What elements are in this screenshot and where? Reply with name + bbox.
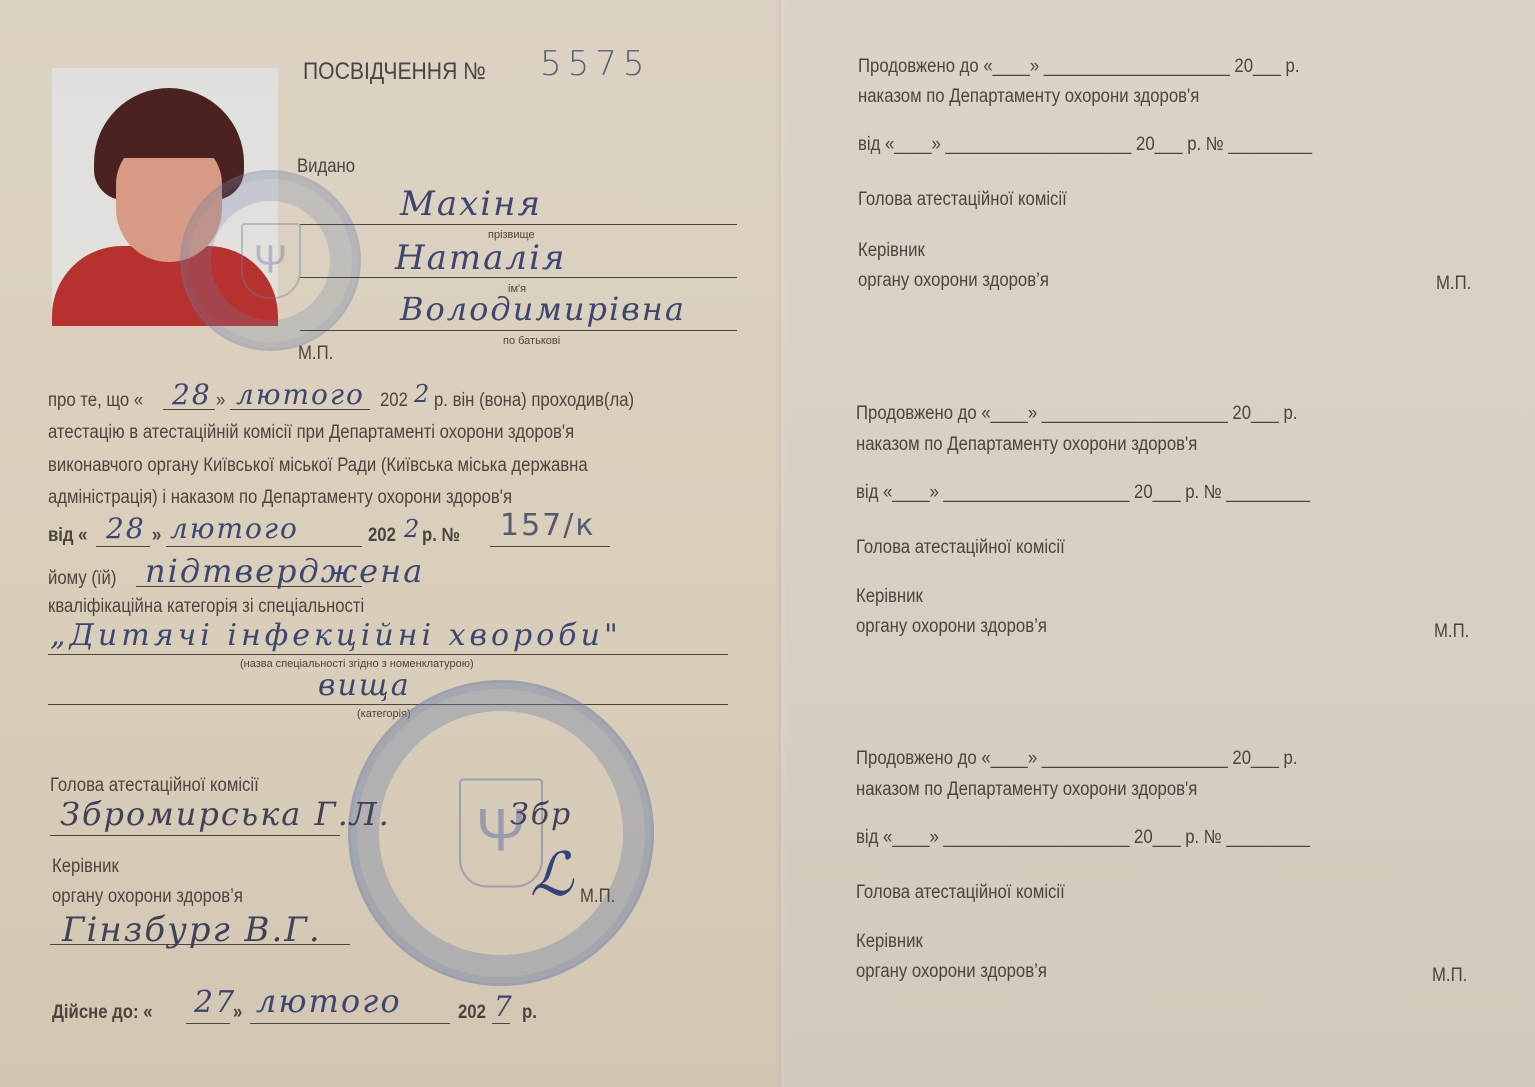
certificate-title: ПОСВІДЧЕННЯ № bbox=[303, 58, 486, 86]
seal-mark: М.П. bbox=[298, 343, 333, 365]
patronymic-value: Володимирівна bbox=[400, 290, 686, 328]
manager-label-1: Керівник bbox=[856, 586, 923, 608]
manager-label-2: органу охорони здоров’я bbox=[856, 616, 1047, 638]
issued-label: Видано bbox=[297, 156, 355, 178]
confirmed-value: підтверджена bbox=[145, 552, 424, 590]
confirmed-prefix: йому (їй) bbox=[48, 568, 116, 590]
commission-head-signature: Збр bbox=[510, 797, 572, 832]
manager-label-2: органу охорони здоров’я bbox=[52, 886, 243, 908]
order-year-digit: 2 bbox=[404, 515, 421, 543]
attestation-line-3: виконавчого органу Київської міської Рад… bbox=[48, 455, 588, 477]
order-line: наказом по Департаменту охорони здоров'я bbox=[858, 86, 1199, 108]
manager-signature-scribble: ℒ bbox=[530, 840, 575, 910]
extended-until: Продовжено до «____» ___________________… bbox=[856, 748, 1298, 770]
valid-until-prefix: Дійсне до: « bbox=[52, 1002, 153, 1024]
attestation-line-2: атестацію в атестаційній комісії при Деп… bbox=[48, 422, 574, 444]
trident-emblem-icon: Ψ bbox=[241, 223, 301, 299]
attestation-year-digit: 2 bbox=[414, 380, 431, 408]
manager-label-2: органу охорони здоров’я bbox=[858, 270, 1049, 292]
attestation-suffix: р. він (вона) проходив(ла) bbox=[434, 390, 634, 412]
manager-label-1: Керівник bbox=[52, 856, 119, 878]
certificate-number: 5575 bbox=[540, 44, 651, 84]
seal-mark: М.П. bbox=[1432, 965, 1467, 987]
valid-until-month: лютого bbox=[256, 982, 402, 1020]
official-stamp-large: Ψ bbox=[348, 680, 654, 986]
valid-until-year-prefix: 202 bbox=[458, 1002, 486, 1024]
category-value: вища bbox=[318, 668, 411, 703]
commission-head-name: Збромирська Г.Л. bbox=[60, 795, 391, 833]
from-line: від «____» ____________________ 20___ р.… bbox=[858, 134, 1312, 156]
attestation-prefix: про те, що « bbox=[48, 390, 143, 412]
attestation-line-4: адміністрація) і наказом по Департаменту… bbox=[48, 487, 512, 509]
valid-until-day-close: » bbox=[233, 1002, 242, 1024]
order-day: 28 bbox=[106, 512, 146, 545]
specialty-value: „Дитячі інфекційні хвороби" bbox=[50, 618, 622, 653]
seal-mark: М.П. bbox=[1434, 621, 1469, 643]
head-label: Голова атестаційної комісії bbox=[858, 189, 1067, 211]
attestation-month: лютого bbox=[236, 378, 365, 411]
surname-value: Махіня bbox=[400, 184, 542, 224]
order-line: наказом по Департаменту охорони здоров'я bbox=[856, 779, 1197, 801]
manager-label-1: Керівник bbox=[858, 240, 925, 262]
order-month: лютого bbox=[170, 512, 299, 545]
manager-label-2: органу охорони здоров’я bbox=[856, 961, 1047, 983]
attestation-day: 28 bbox=[172, 378, 212, 411]
from-line: від «____» ____________________ 20___ р.… bbox=[856, 827, 1310, 849]
from-line: від «____» ____________________ 20___ р.… bbox=[856, 482, 1310, 504]
attestation-day-close: » bbox=[216, 390, 225, 412]
head-label: Голова атестаційної комісії bbox=[856, 882, 1065, 904]
extended-until: Продовжено до «____» ___________________… bbox=[856, 403, 1298, 425]
extended-until: Продовжено до «____» ___________________… bbox=[858, 56, 1300, 78]
attestation-year-prefix: 202 bbox=[380, 390, 408, 412]
head-label: Голова атестаційної комісії bbox=[856, 537, 1065, 559]
seal-mark: М.П. bbox=[1436, 273, 1471, 295]
order-prefix: від « bbox=[48, 525, 87, 547]
manager-seal-mark: М.П. bbox=[580, 886, 615, 908]
qualification-label: кваліфікаційна категорія зі спеціальност… bbox=[48, 596, 364, 618]
order-year-suffix: р. № bbox=[422, 525, 460, 547]
valid-until-day: 27 bbox=[194, 985, 236, 1020]
manager-label-1: Керівник bbox=[856, 931, 923, 953]
order-line: наказом по Департаменту охорони здоров'я bbox=[856, 434, 1197, 456]
valid-until-year-digit: 7 bbox=[494, 990, 514, 1023]
order-number: 157/к bbox=[500, 508, 596, 543]
page-fold bbox=[776, 0, 786, 1087]
order-day-close: » bbox=[152, 525, 161, 547]
patronymic-caption: по батькові bbox=[503, 335, 560, 347]
official-stamp-small: Ψ bbox=[180, 170, 361, 351]
order-year-prefix: 202 bbox=[368, 525, 396, 547]
first-name-value: Наталія bbox=[395, 238, 566, 278]
valid-until-suffix: р. bbox=[522, 1002, 537, 1024]
commission-head-label: Голова атестаційної комісії bbox=[50, 775, 259, 797]
